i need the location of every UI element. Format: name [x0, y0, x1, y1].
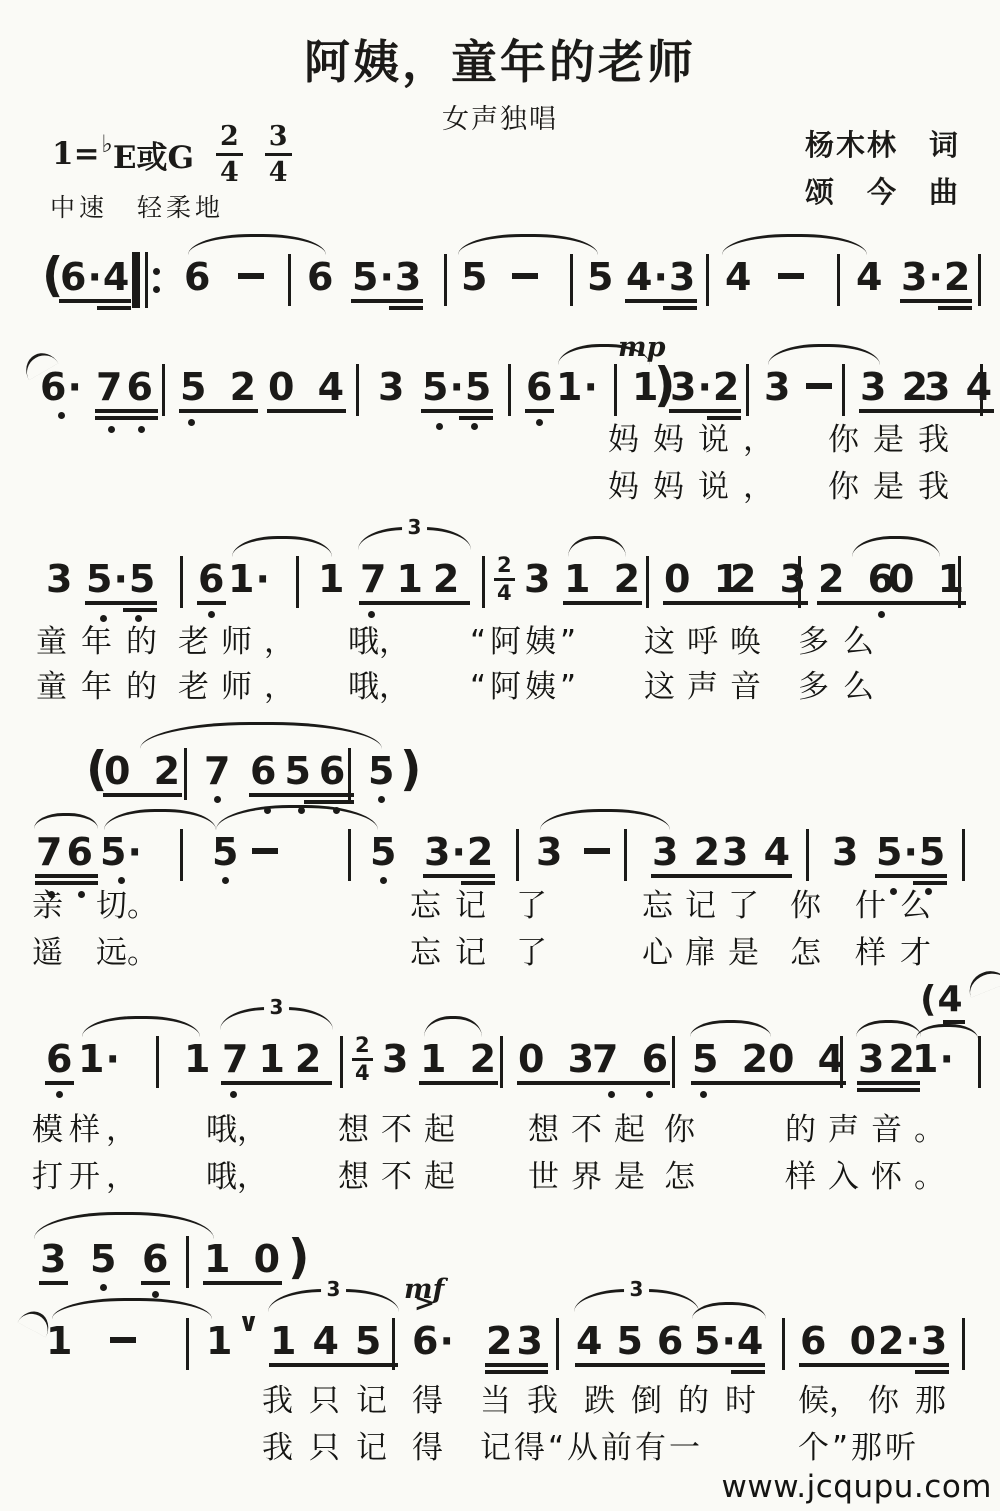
- barline: [392, 1318, 395, 1370]
- slur: [768, 344, 880, 365]
- octave-dot: [471, 423, 478, 430]
- barline: [348, 748, 351, 800]
- dash-note: [778, 273, 804, 279]
- barline: [556, 1318, 559, 1370]
- note: 0 4: [268, 368, 345, 406]
- slur: [216, 805, 378, 830]
- underline: [575, 1363, 698, 1367]
- note: 5·5: [86, 560, 156, 598]
- note: 3: [40, 1240, 67, 1278]
- repeat-dot: [153, 286, 160, 293]
- underline-2: [95, 416, 158, 420]
- underline: [359, 601, 470, 605]
- underline: [563, 601, 642, 605]
- octave-dot: [118, 877, 125, 884]
- tie-fragment: [964, 965, 1000, 998]
- barline: [806, 829, 809, 881]
- underline: [221, 1081, 332, 1085]
- barline: [288, 254, 291, 306]
- note: 1·: [228, 560, 271, 598]
- score: (6·4665·3554·3443·26·765 20 435·561·1)3·…: [0, 0, 1000, 1511]
- octave-dots: [198, 611, 225, 618]
- underline: [669, 409, 741, 413]
- underline-2: [857, 1088, 920, 1092]
- underline: [817, 601, 896, 605]
- note: 6 0: [800, 1322, 877, 1360]
- lyric-segment: 打开，: [32, 1162, 143, 1193]
- lyric-segment: 样才: [855, 938, 945, 969]
- note: 5: [461, 258, 488, 296]
- barline: [958, 556, 961, 608]
- barline: [746, 364, 749, 416]
- octave-dot: [78, 891, 85, 898]
- underline: [767, 1081, 846, 1085]
- octave-dots: [370, 877, 397, 884]
- note: 712: [222, 1040, 331, 1078]
- repeat-dots: [153, 252, 160, 308]
- barline: [508, 364, 511, 416]
- note: 7 6: [592, 1040, 669, 1078]
- barline: [186, 1236, 189, 1288]
- note: 4: [725, 258, 752, 296]
- underline: [721, 874, 792, 878]
- lyric-segment: 什么: [855, 891, 945, 922]
- underline-tail: [915, 1370, 950, 1374]
- barline: [962, 829, 965, 881]
- underline-tail: [938, 306, 973, 310]
- lyric-segment: 怎: [664, 1162, 695, 1193]
- underline: [729, 601, 808, 605]
- barline: [978, 1036, 981, 1088]
- slur: [232, 536, 332, 557]
- underline-tail: [97, 306, 132, 310]
- dynamic-marking: mp: [618, 334, 665, 361]
- lyric-segment: 我只记: [262, 1386, 403, 1417]
- slur: [692, 1302, 766, 1319]
- note: 3: [524, 560, 551, 598]
- note: 3: [378, 368, 405, 406]
- underline: [421, 409, 493, 413]
- lyric-segment: 你那: [868, 1386, 962, 1417]
- barline: [624, 829, 627, 881]
- underline: [249, 793, 354, 797]
- octave-dot: [135, 615, 142, 622]
- note: 3: [832, 833, 859, 871]
- slur: [52, 1298, 212, 1319]
- octave-dot: [380, 877, 387, 884]
- underline: [39, 1281, 68, 1285]
- octave-dot: [230, 1091, 237, 1098]
- underline-tail: [943, 1020, 965, 1024]
- underline: [419, 1081, 498, 1085]
- note: 6: [184, 258, 211, 296]
- underline: [857, 1081, 920, 1085]
- octave-dots: [100, 877, 143, 884]
- repeat-dot: [153, 268, 160, 275]
- underline: [203, 1281, 282, 1285]
- dash-note: [238, 273, 264, 279]
- octave-dot: [188, 419, 195, 426]
- lyric-segment: 想不起: [338, 1115, 467, 1146]
- underline-tail: [913, 881, 948, 885]
- lyric-segment: 哦，: [348, 672, 410, 703]
- underline: [351, 299, 423, 303]
- note: 2 3: [730, 560, 807, 598]
- slur: [856, 1020, 921, 1037]
- note: 1: [184, 1040, 211, 1078]
- slur: [424, 1016, 482, 1037]
- note: 23: [486, 1322, 547, 1360]
- underline: [103, 793, 182, 797]
- underline: [423, 874, 495, 878]
- underline: [859, 409, 930, 413]
- meter-denominator: 4: [497, 581, 512, 604]
- octave-dot: [108, 426, 115, 433]
- lyric-segment: 老师，: [178, 672, 307, 703]
- note: 3: [536, 833, 563, 871]
- triplet-number: 3: [264, 997, 290, 1017]
- lyric-segment: 这声音: [644, 672, 773, 703]
- octave-dot: [878, 611, 885, 618]
- barline: [980, 364, 983, 416]
- triplet-number: 3: [624, 1279, 650, 1299]
- note: 1 0: [204, 1240, 281, 1278]
- underline: [591, 1081, 670, 1085]
- octave-dots: [360, 611, 469, 618]
- barline: [706, 254, 709, 306]
- lyric-segment: 遥: [32, 938, 63, 969]
- note: 6: [142, 1240, 169, 1278]
- barline: [672, 1036, 675, 1088]
- note: 32: [858, 1040, 919, 1078]
- note: 6·>: [412, 1322, 455, 1360]
- barline: [444, 254, 447, 306]
- barline: [296, 556, 299, 608]
- repeat-thick-bar: [132, 252, 140, 308]
- note: 2 6: [818, 560, 895, 598]
- lyric-segment: 了: [516, 891, 547, 922]
- note: 5·3: [352, 258, 422, 296]
- note: 5·5: [876, 833, 946, 871]
- lyric-segment: 模样，: [32, 1115, 143, 1146]
- underline: [625, 299, 697, 303]
- underline: [45, 1081, 74, 1085]
- underline: [875, 874, 947, 878]
- octave-dots: [40, 412, 83, 419]
- lyric-segment: 忘记: [410, 891, 500, 922]
- note: 712: [360, 560, 469, 598]
- note: 1 2: [420, 1040, 497, 1078]
- octave-dots: [86, 615, 156, 622]
- note: 3·2: [424, 833, 494, 871]
- lyric-segment: 你是我: [828, 425, 963, 456]
- underline: [179, 409, 258, 413]
- octave-dots: [368, 796, 395, 803]
- octave-dot: [100, 1284, 107, 1291]
- note: 0 2: [104, 752, 181, 790]
- barline: [186, 1318, 189, 1370]
- breath-mark: ∨: [238, 1308, 259, 1338]
- octave-dot: [700, 1091, 707, 1098]
- underline: [693, 1363, 765, 1367]
- barline: [356, 364, 359, 416]
- underline: [59, 299, 131, 303]
- slur: [34, 1212, 214, 1239]
- lyric-segment: 多么: [798, 672, 888, 703]
- underline: [141, 1281, 170, 1285]
- note: 5 2: [692, 1040, 769, 1078]
- octave-dot: [368, 611, 375, 618]
- octave-dots: [142, 1291, 169, 1298]
- note: 1: [318, 560, 345, 598]
- lyric-segment: “阿姨”: [470, 627, 580, 658]
- barline: [782, 1318, 785, 1370]
- octave-dot: [208, 611, 215, 618]
- barline: [798, 556, 801, 608]
- barline: [156, 1036, 159, 1088]
- barline: [180, 829, 183, 881]
- dash-note: [252, 848, 278, 854]
- lyric-segment: 想不起: [338, 1162, 467, 1193]
- barline: [516, 829, 519, 881]
- octave-dots: [90, 1284, 117, 1291]
- lyric-segment: 妈妈说，: [608, 425, 788, 456]
- lyric-segment: 你是我: [828, 472, 963, 503]
- lyric-segment: 得: [412, 1386, 443, 1417]
- octave-dot: [646, 1091, 653, 1098]
- underline: [485, 1363, 548, 1367]
- note: 5·4: [694, 1322, 764, 1360]
- barline: [978, 254, 981, 306]
- note: 4: [856, 258, 883, 296]
- barline: [184, 748, 187, 800]
- underline-2: [35, 881, 98, 885]
- note: 3·2: [670, 368, 740, 406]
- lyric-segment: 哦，: [206, 1162, 268, 1193]
- barline: [162, 364, 165, 416]
- octave-dot: [608, 1091, 615, 1098]
- octave-dots: [592, 1091, 669, 1098]
- parenthesis: ): [400, 746, 421, 793]
- note: 3 2: [860, 368, 929, 406]
- note: 5: [368, 752, 395, 790]
- barline: [842, 364, 845, 416]
- triplet-bracket: 3: [358, 527, 471, 547]
- triplet-bracket: 3: [268, 1289, 399, 1309]
- lyric-segment: 想不起: [528, 1115, 657, 1146]
- lyric-segment: 怎: [790, 938, 821, 969]
- note: 3·2: [901, 258, 971, 296]
- note: 456: [576, 1322, 697, 1360]
- meter-denominator: 4: [355, 1061, 370, 1084]
- lyric-segment: 世界是: [528, 1162, 657, 1193]
- underline: [900, 299, 972, 303]
- repeat-thin-bar: [145, 252, 148, 308]
- note: 6·4: [60, 258, 130, 296]
- note: 5·5: [422, 368, 492, 406]
- slur: [82, 1016, 200, 1037]
- barline: [962, 1318, 965, 1370]
- underline-tail: [123, 608, 158, 612]
- note: 5: [90, 1240, 117, 1278]
- note: 1: [46, 1322, 73, 1360]
- lyric-segment: 哦，: [348, 627, 410, 658]
- octave-dot: [58, 412, 65, 419]
- lyric-segment: 你: [790, 891, 821, 922]
- meter-numerator: 2: [494, 555, 515, 581]
- slur: [540, 809, 670, 830]
- underline-tail: [304, 800, 355, 804]
- slur: [722, 234, 867, 255]
- underline: [887, 601, 966, 605]
- lyric-segment: 忘记了: [642, 891, 771, 922]
- note: 76: [36, 833, 97, 871]
- underline: [799, 1363, 878, 1367]
- dash-note: [110, 1337, 136, 1343]
- note: 0 4: [768, 1040, 845, 1078]
- underline: [651, 874, 722, 878]
- lyric-segment: 我只记: [262, 1433, 403, 1464]
- lyric-segment: “阿姨”: [470, 672, 580, 703]
- lyric-segment: 这呼唤: [644, 627, 773, 658]
- lyric-segment: 候，: [798, 1386, 860, 1417]
- triplet-bracket: 3: [220, 1007, 333, 1027]
- lyric-segment: 了: [516, 938, 547, 969]
- octave-dots: [818, 611, 895, 618]
- note: 6: [307, 258, 334, 296]
- note: 1: [206, 1322, 233, 1360]
- lyric-segment: 童年的: [36, 672, 171, 703]
- lyric-segment: 当我: [480, 1386, 574, 1417]
- slur: [458, 234, 598, 255]
- octave-dot: [100, 615, 107, 622]
- watermark: www.jcqupu.com: [722, 1469, 992, 1505]
- lyric-segment: 样入怀。: [785, 1162, 957, 1193]
- note: 7: [204, 752, 231, 790]
- octave-dots: [212, 877, 239, 884]
- note: 0 3: [518, 1040, 595, 1078]
- barline: [348, 829, 351, 881]
- barline: [500, 1036, 503, 1088]
- sheet-music-page: 阿姨，童年的老师 女声独唱 1=♭E或G 2 4 3 4 中速 轻柔地 杨木林 …: [0, 0, 1000, 1511]
- lyric-segment: 多么: [798, 627, 888, 658]
- note: 3 2: [652, 833, 721, 871]
- underline-tail: [707, 416, 742, 420]
- octave-dots: [526, 419, 553, 426]
- octave-dots: [222, 1091, 331, 1098]
- note: 5: [587, 258, 614, 296]
- underline: [691, 1081, 770, 1085]
- octave-dots: [204, 796, 231, 803]
- note: 4·3: [626, 258, 696, 296]
- octave-dots: [692, 1091, 769, 1098]
- underline-tail: [459, 416, 494, 420]
- slur: [34, 813, 98, 829]
- note: 1·: [556, 368, 599, 406]
- underline-tail: [389, 306, 424, 310]
- lyric-segment: 忘记: [410, 938, 500, 969]
- barline: [837, 254, 840, 306]
- underline-tail: [731, 1370, 766, 1374]
- lyric-segment: 心扉是: [642, 938, 771, 969]
- underline: [35, 874, 98, 878]
- note: 1 2: [564, 560, 641, 598]
- octave-dots: [422, 423, 492, 430]
- octave-dot: [152, 1291, 159, 1298]
- note: 1·: [912, 1040, 955, 1078]
- octave-dot: [436, 423, 443, 430]
- barline: [570, 254, 573, 306]
- meter-change: 24: [494, 555, 515, 604]
- octave-dots: [46, 1091, 73, 1098]
- triplet-number: 3: [402, 517, 428, 537]
- repeat-barline: [132, 252, 160, 308]
- underline-tail: [663, 306, 698, 310]
- note: 5: [212, 833, 239, 871]
- note: 0 1: [888, 560, 965, 598]
- barline: [840, 1036, 843, 1088]
- dynamic-marking: mf: [404, 1276, 444, 1303]
- barline: [340, 1036, 343, 1088]
- lyric-segment: 的声音。: [785, 1115, 957, 1146]
- slur: [916, 1024, 978, 1039]
- dash-note: [584, 848, 610, 854]
- lyric-segment: 你: [664, 1115, 695, 1146]
- lyric-segment: 亲: [32, 891, 63, 922]
- octave-dot: [222, 877, 229, 884]
- octave-dot: [138, 426, 145, 433]
- octave-dots: [180, 419, 257, 426]
- octave-dot: [56, 1091, 63, 1098]
- lyric-segment: 哦，: [206, 1115, 268, 1146]
- barline: [180, 556, 183, 608]
- slur: [852, 536, 940, 557]
- underline: [923, 409, 994, 413]
- octave-dots: [96, 426, 157, 433]
- note: 76: [96, 368, 157, 406]
- octave-dot: [536, 419, 543, 426]
- slur: [188, 234, 326, 255]
- note: 3 4: [722, 833, 791, 871]
- lyric-segment: 远。: [96, 938, 158, 969]
- underline: [517, 1081, 596, 1085]
- lyric-segment: 得: [412, 1433, 443, 1464]
- meter-change: 24: [352, 1035, 373, 1084]
- slur: [140, 722, 382, 749]
- lyric-segment: 童年的: [36, 627, 171, 658]
- underline-tail: [461, 881, 496, 885]
- underline-2: [485, 1370, 548, 1374]
- underline: [267, 409, 346, 413]
- note: 5·: [100, 833, 143, 871]
- barline: [646, 556, 649, 608]
- slur: [690, 1020, 771, 1037]
- underline: [877, 1363, 949, 1367]
- meter-numerator: 2: [352, 1035, 373, 1061]
- dash-note: [512, 273, 538, 279]
- dash-note: [806, 383, 832, 389]
- lyric-segment: 老师，: [178, 627, 307, 658]
- note: 6: [198, 560, 225, 598]
- lyric-segment: 妈妈说，: [608, 472, 788, 503]
- barline: [482, 556, 485, 608]
- note: 145: [270, 1322, 397, 1360]
- underline: [95, 409, 158, 413]
- lyric-segment: 跌倒的时: [584, 1386, 772, 1417]
- octave-dot: [378, 796, 385, 803]
- note: 6: [46, 1040, 73, 1078]
- note: 3: [46, 560, 73, 598]
